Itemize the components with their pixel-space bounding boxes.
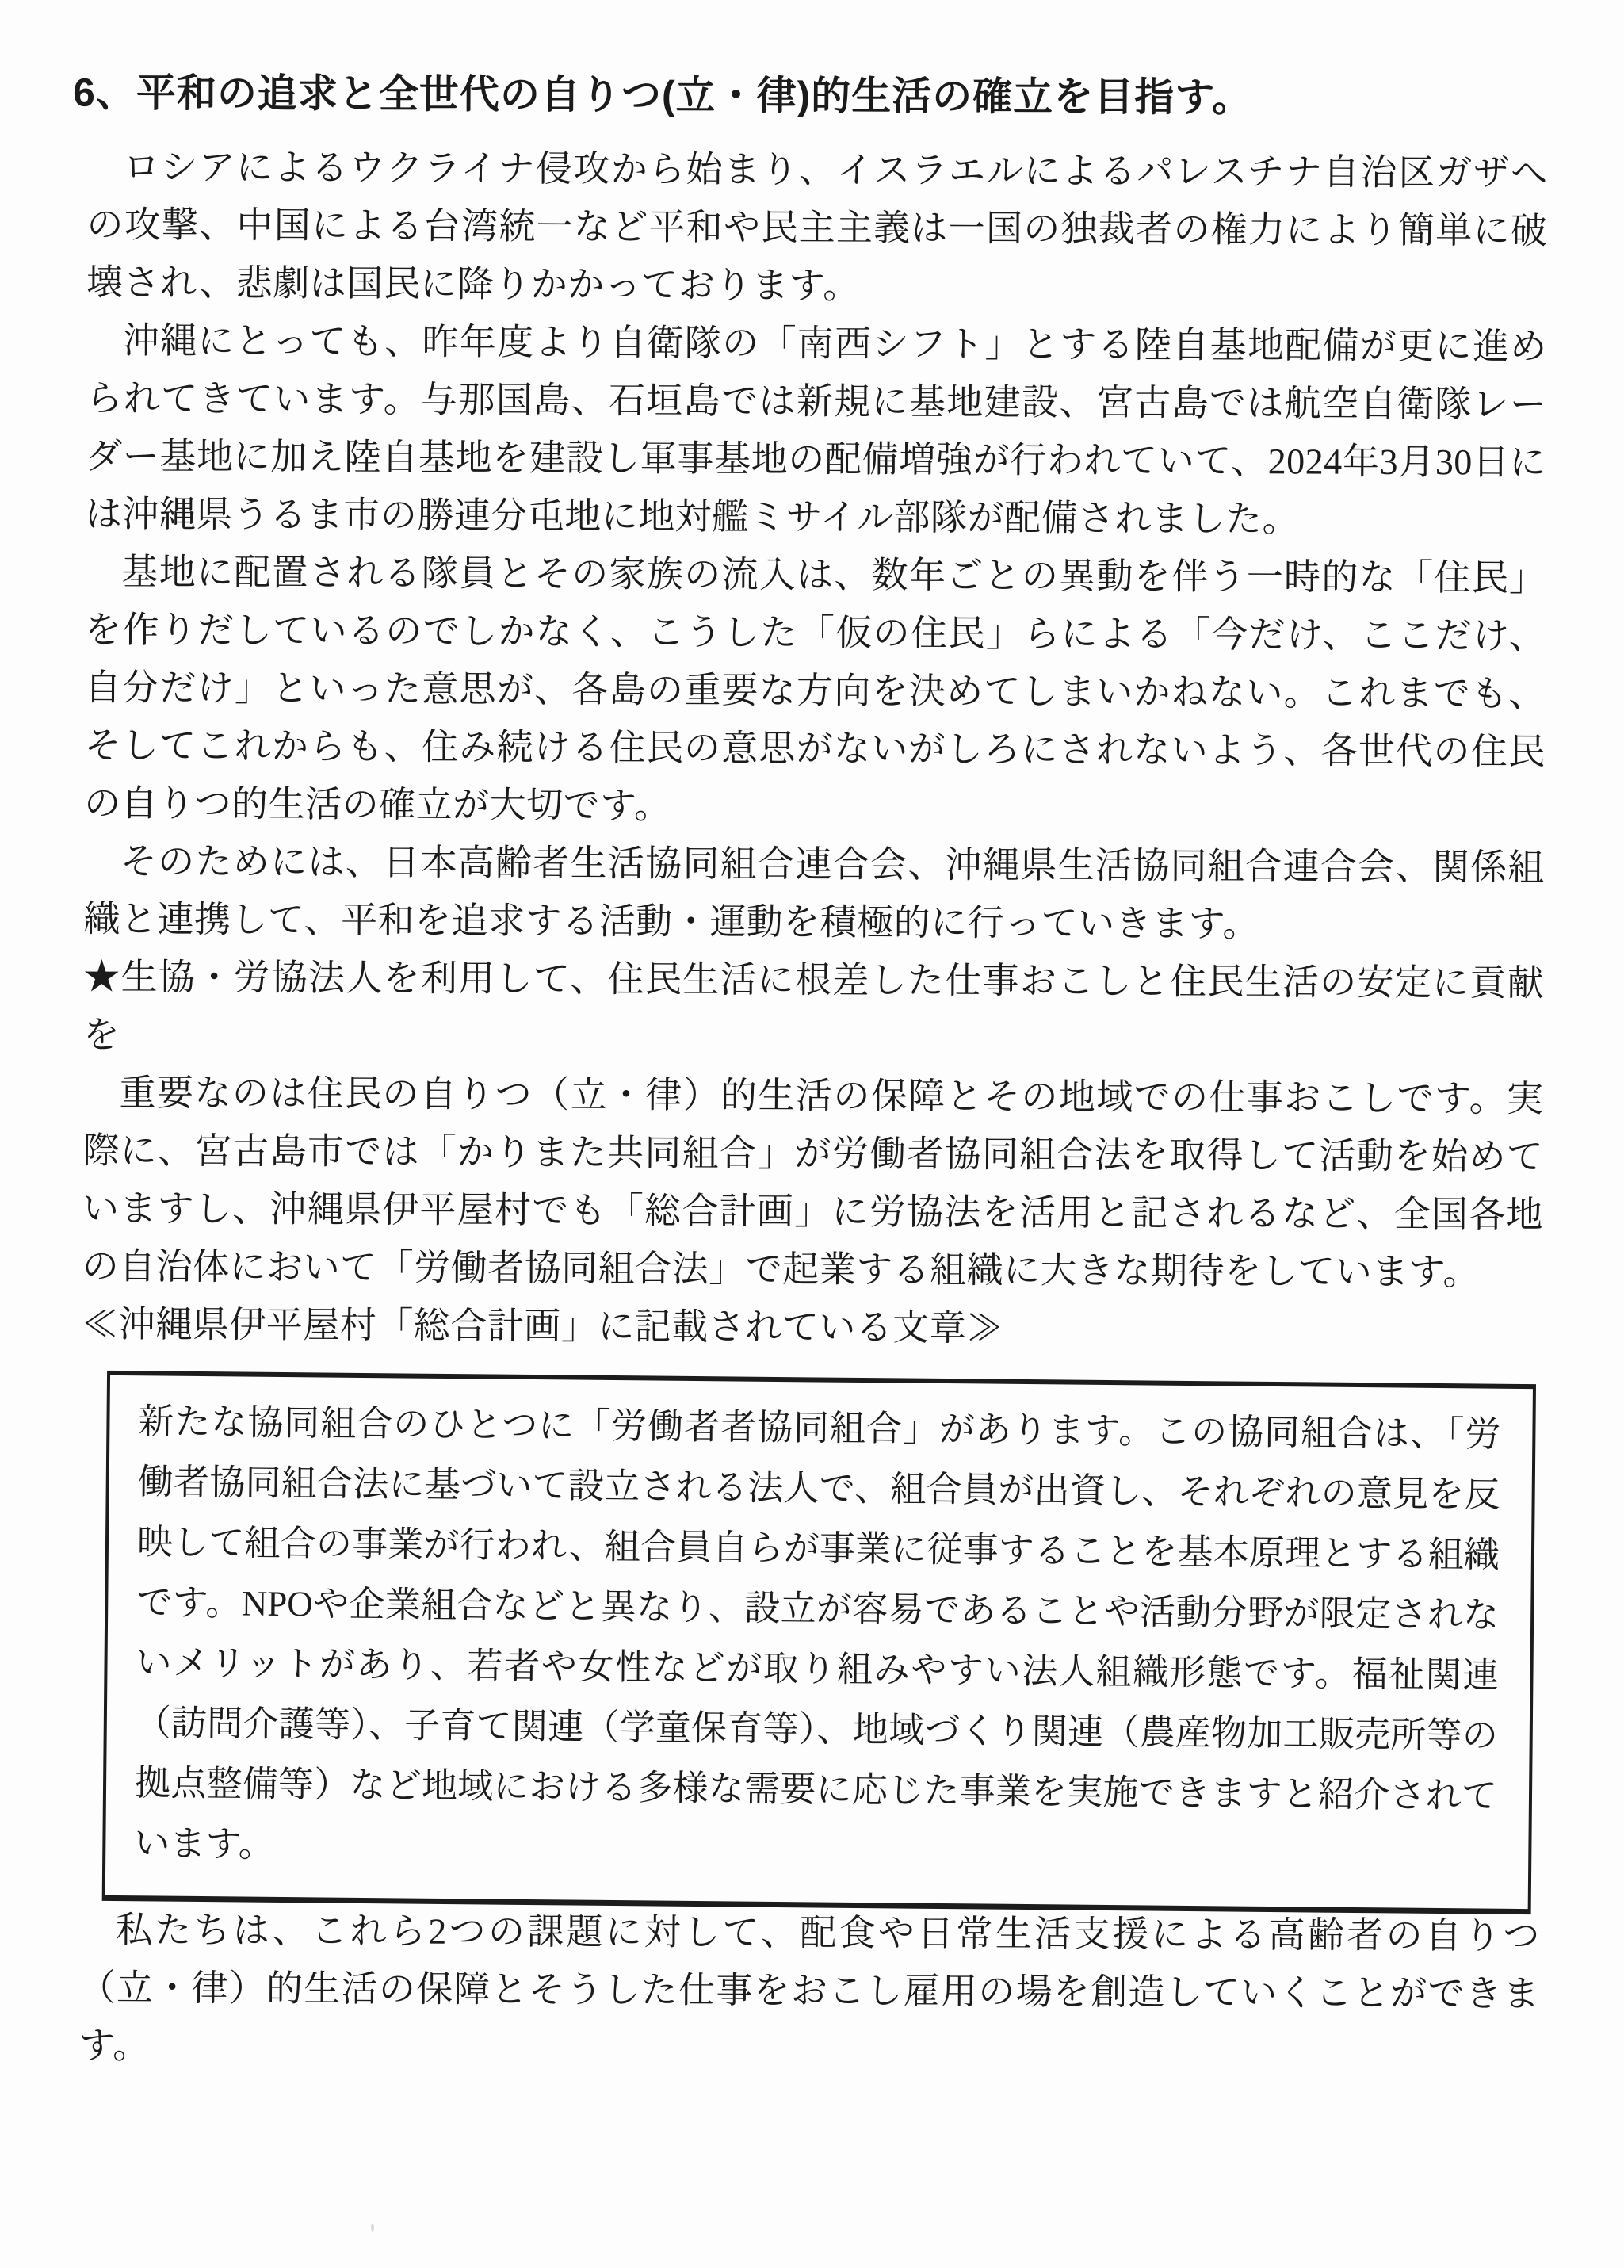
scanned-text-content: 6、平和の追求と全世代の自りつ(立・律)的生活の確立を目指す。 ロシアによるウク… — [78, 68, 1548, 2081]
scan-artifact — [371, 2224, 374, 2232]
document-page: 6、平和の追求と全世代の自りつ(立・律)的生活の確立を目指す。 ロシアによるウク… — [0, 0, 1624, 2268]
star-section-body: 重要なのは住民の自りつ（立・律）的生活の保障とその地域での仕事おこしです。実際に… — [82, 1064, 1544, 1302]
section-heading: 6、平和の追求と全世代の自りつ(立・律)的生活の確立を目指す。 — [73, 68, 1548, 124]
closing-paragraph: 私たちは、これら2つの課題に対して、配食や日常生活支援による高齢者の自りつ（立・… — [78, 1901, 1540, 2081]
paragraph-cooperation: そのためには、日本高齢者生活協同組合連合会、沖縄県生活協同組合連合会、関係組織と… — [83, 832, 1545, 954]
quote-box: 新たな協同組合のひとつに「労働者者協同組合」があります。この協同組合は、「労働者… — [102, 1371, 1536, 1914]
quote-box-text: 新たな協同組合のひとつに「労働者者協同組合」があります。この協同組合は、「労働者… — [134, 1391, 1501, 1886]
paragraph-temporary-residents: 基地に配置される隊員とその家族の流入は、数年ごとの異動を伴う一時的な「住民」を作… — [84, 543, 1546, 839]
paragraph-russia-ukraine: ロシアによるウクライナ侵攻から始まり、イスラエルによるパレスチナ自治区ガザへの攻… — [86, 138, 1548, 318]
quote-source-label: ≪沖縄県伊平屋村「総合計画」に記載されている文章≫ — [82, 1295, 1542, 1360]
paragraph-okinawa-bases: 沖縄にとっても、昨年度より自衛隊の「南西シフト」とする陸自基地配備が更に進められ… — [86, 312, 1547, 549]
scan-artifact — [1454, 1728, 1457, 1734]
star-section-heading: ★生協・労協法人を利用して、住民生活に根差した仕事おこしと住民生活の安定に貢献を — [83, 948, 1545, 1070]
